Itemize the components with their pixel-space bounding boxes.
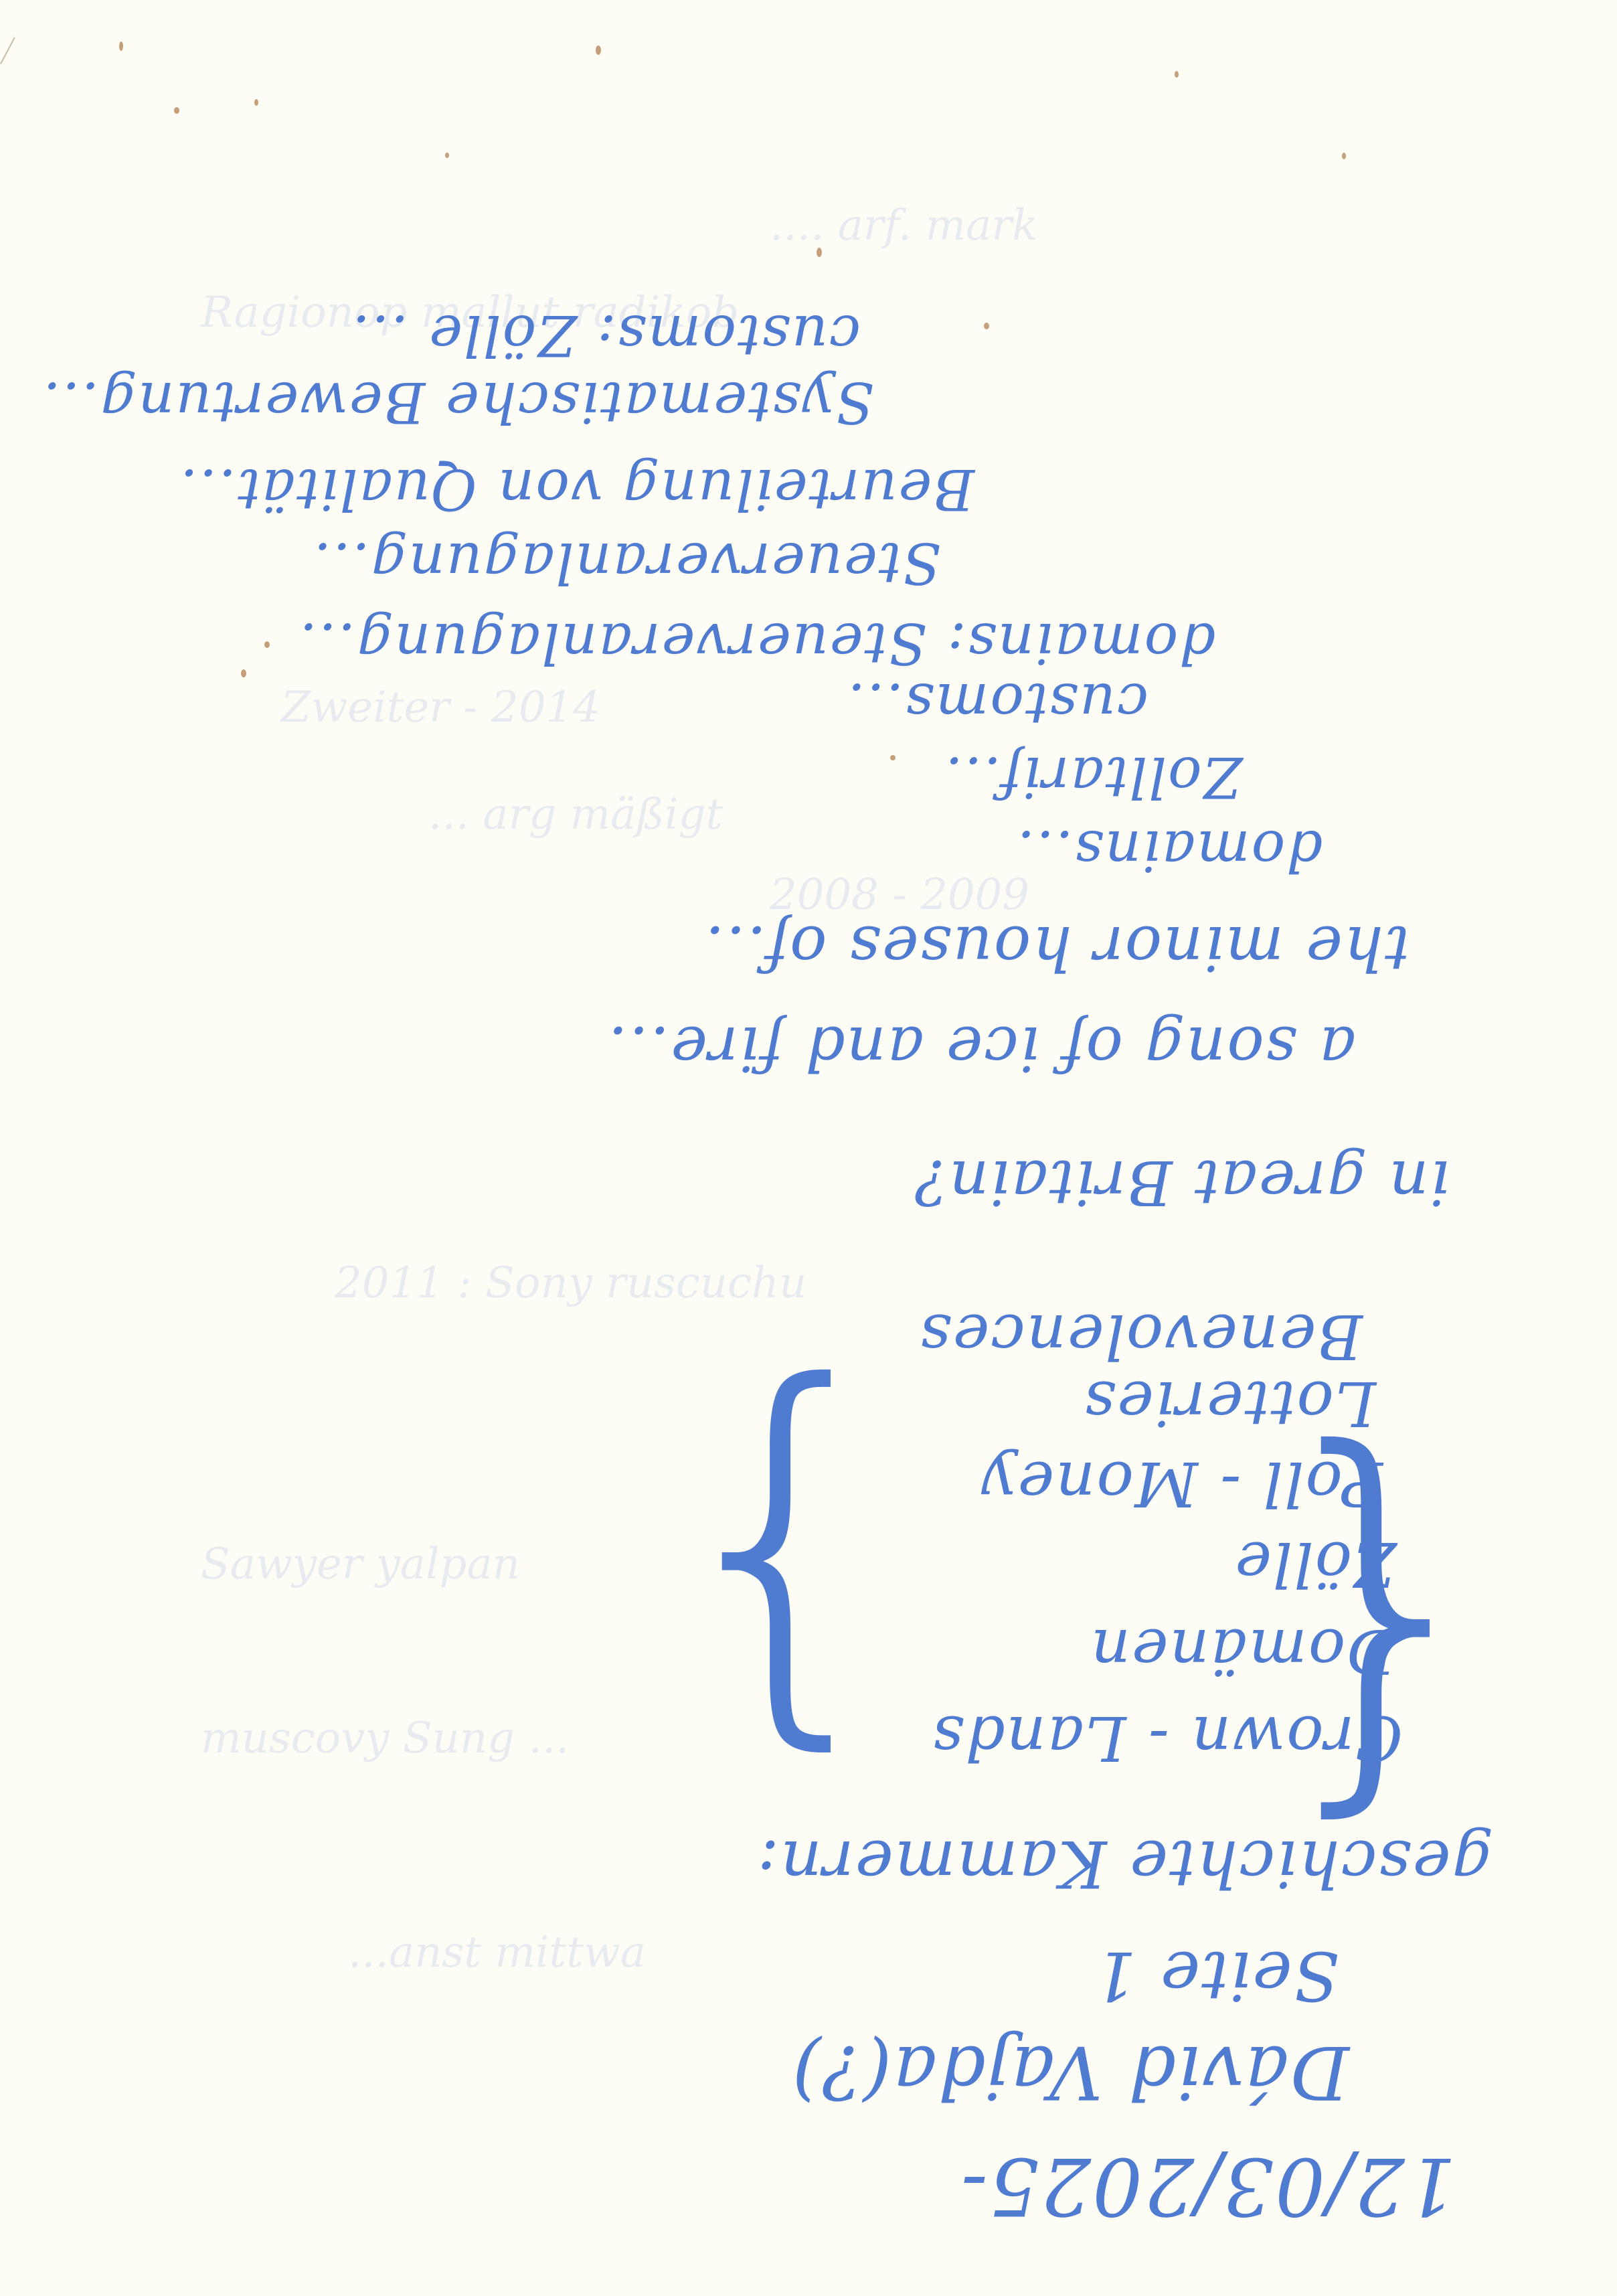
rotated-content: 12/03/2025- Dávid Vajda(?) Seite 1 gesch… bbox=[0, 0, 1617, 2296]
list-item: Crown - Lands bbox=[931, 1702, 1403, 1774]
scanned-page: .... arf. mark Ragionop mallut radikob Z… bbox=[0, 0, 1617, 2296]
note-line: customs... bbox=[847, 671, 1148, 736]
note-line: Systematische Bewertung... bbox=[41, 370, 874, 435]
note-line: Zolltarif... bbox=[944, 744, 1242, 810]
note-line: a song of ice and fire... bbox=[607, 1013, 1356, 1084]
date-line: 12/03/2025- bbox=[960, 2140, 1456, 2232]
list-item: Zölle bbox=[1233, 1528, 1396, 1600]
list-item: Poll - Money bbox=[981, 1448, 1383, 1520]
list-item: Benevolences bbox=[919, 1301, 1363, 1372]
list-item: Domänen bbox=[1090, 1615, 1396, 1687]
note-line: Steuerveranlagung... bbox=[313, 530, 941, 596]
note-line: the minor houses of... bbox=[704, 912, 1410, 984]
note-line: customs: Zölle ... bbox=[351, 303, 861, 368]
right-brace: } bbox=[637, 1372, 901, 1787]
note-line: Beurteilung von Qualität... bbox=[179, 457, 974, 522]
list-item: Lotteries bbox=[1083, 1368, 1376, 1439]
question-line: in great Britain? bbox=[914, 1147, 1450, 1218]
author-line: Dávid Vajda(?) bbox=[791, 2030, 1349, 2115]
note-line: domains: Steuerveranlagung... bbox=[299, 610, 1215, 676]
note-line: domains... bbox=[1016, 818, 1323, 884]
page-number-line: Seite 1 bbox=[1093, 1937, 1339, 2015]
